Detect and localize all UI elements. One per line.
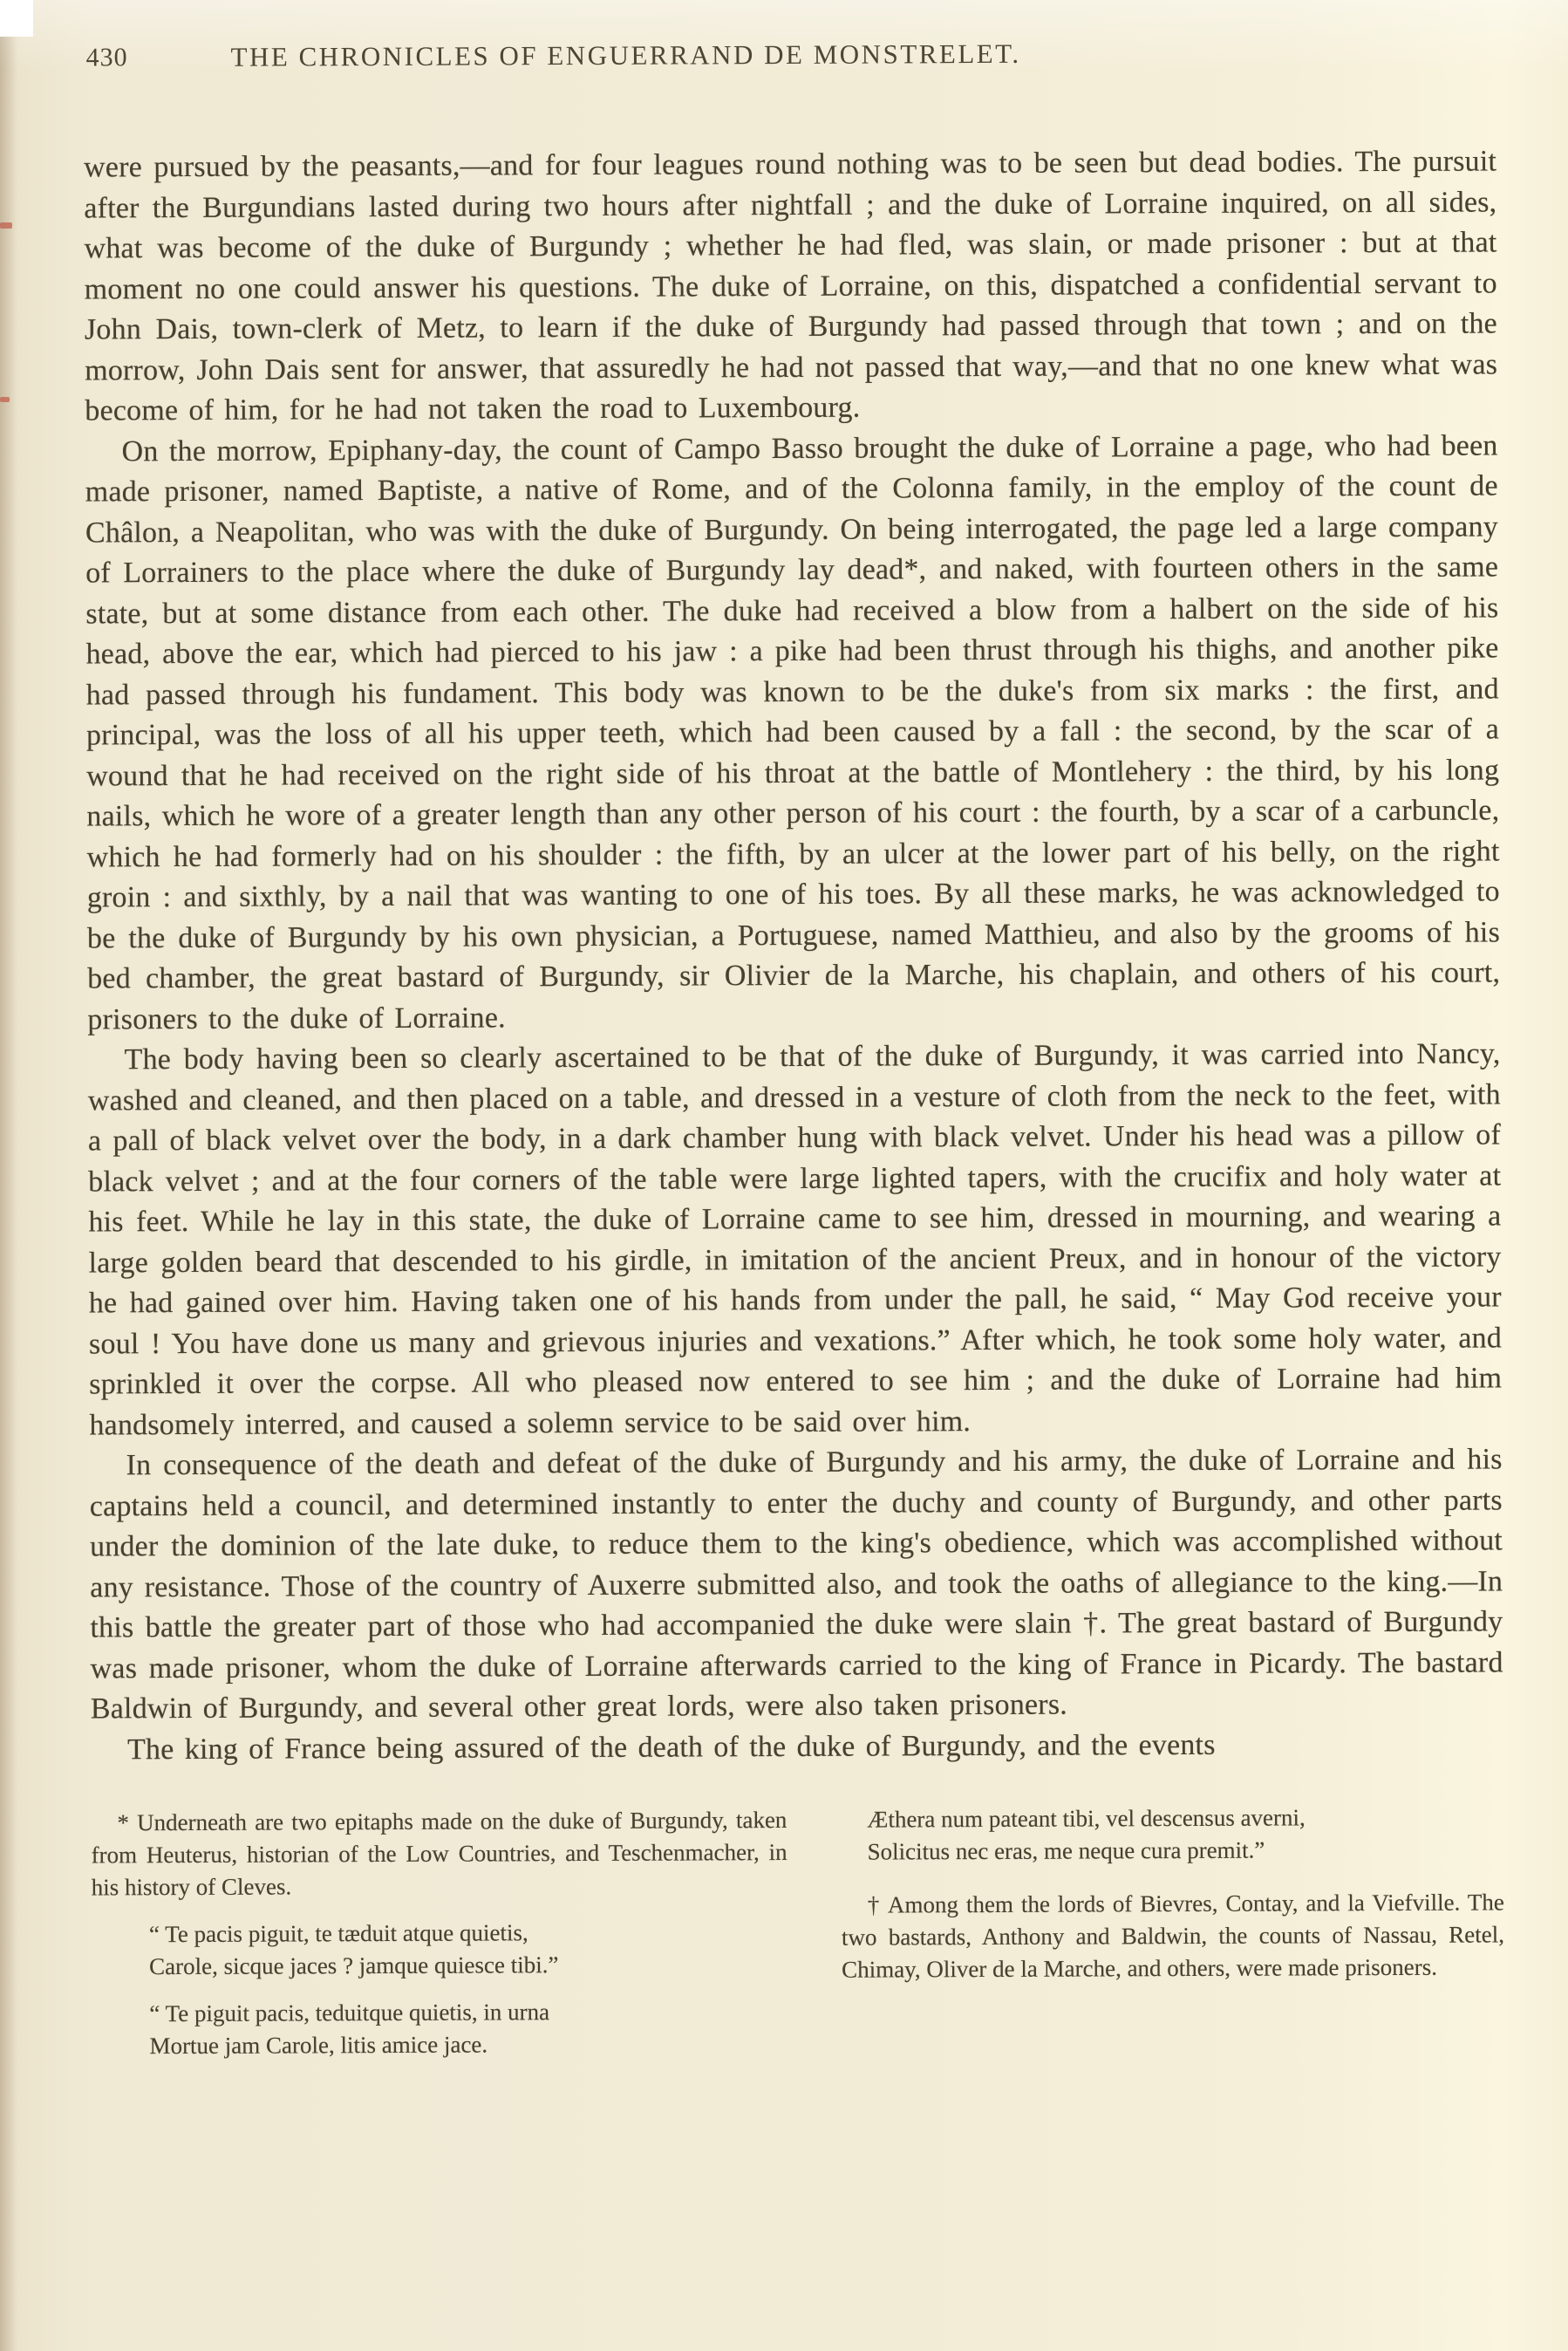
page-content: 430 THE CHRONICLES OF ENGUERRAND DE MONS… bbox=[0, 0, 1568, 2351]
footnote-star-note: * Underneath are two epitaphs made on th… bbox=[91, 1804, 787, 1903]
footnote-dagger-note: † Among them the lords of Bievres, Conta… bbox=[842, 1886, 1504, 1985]
epitaph-quote-2-line-2: Mortue jam Carole, litis amice jace. bbox=[149, 2027, 787, 2062]
footnote-column-left: * Underneath are two epitaphs made on th… bbox=[91, 1804, 787, 2062]
paragraph-1: were pursued by the peasants,—and for fo… bbox=[84, 141, 1497, 432]
footnotes-section: * Underneath are two epitaphs made on th… bbox=[91, 1801, 1504, 2062]
epitaph-quote-2: “ Te piguit pacis, teduitque quietis, in… bbox=[149, 1995, 787, 2062]
footnote-column-right: Æthera num pateant tibi, vel descensus a… bbox=[841, 1801, 1504, 2059]
paragraph-2: On the morrow, Epiphany-day, the count o… bbox=[85, 426, 1500, 1041]
epitaph-quote-2-line-1: “ Te piguit pacis, teduitque quietis, in… bbox=[149, 1995, 787, 2030]
epitaph-quote-1-line-2: Carole, sicque jaces ? jamque quiesce ti… bbox=[149, 1948, 787, 1983]
page-header: 430 THE CHRONICLES OF ENGUERRAND DE MONS… bbox=[0, 0, 1565, 148]
epitaph-quote-3-line-1: Æthera num pateant tibi, vel descensus a… bbox=[867, 1801, 1503, 1835]
page-number: 430 bbox=[86, 43, 128, 72]
epitaph-quote-3: Æthera num pateant tibi, vel descensus a… bbox=[867, 1801, 1503, 1868]
running-title: THE CHRONICLES OF ENGUERRAND DE MONSTREL… bbox=[230, 38, 1020, 73]
paragraph-3: The body having been so clearly ascertai… bbox=[87, 1034, 1502, 1445]
body-text: were pursued by the peasants,—and for fo… bbox=[84, 141, 1503, 1770]
paragraph-5: The king of France being assured of the … bbox=[91, 1724, 1503, 1771]
epitaph-quote-1-line-1: “ Te pacis piguit, te tæduit atque quiet… bbox=[149, 1916, 787, 1951]
paragraph-4: In consequence of the death and defeat o… bbox=[90, 1439, 1503, 1730]
scanned-book-page: 430 THE CHRONICLES OF ENGUERRAND DE MONS… bbox=[0, 0, 1568, 2351]
epitaph-quote-1: “ Te pacis piguit, te tæduit atque quiet… bbox=[149, 1916, 787, 1983]
epitaph-quote-3-line-2: Solicitus nec eras, me neque cura premit… bbox=[867, 1833, 1503, 1868]
